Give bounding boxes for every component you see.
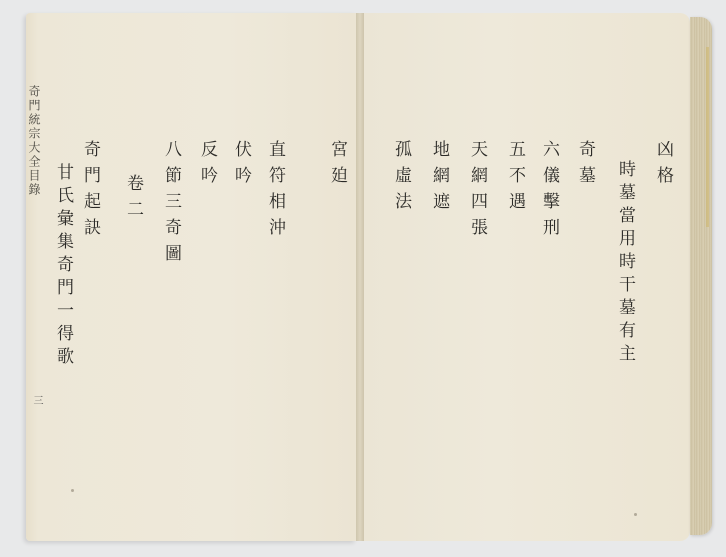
toc-entry: 時墓當用時干墓有主 — [616, 160, 633, 367]
open-book: 奇門統宗大全目錄 宮廹 直符相沖 伏吟 反吟 八節三奇圖 卷二 奇門起訣 甘氏彙… — [26, 13, 714, 541]
toc-entry: 甘氏彙集奇門一得歌 — [54, 163, 71, 370]
book-gutter — [356, 13, 364, 541]
toc-entry: 天網四張 — [468, 140, 485, 244]
right-page: 凶格 時墓當用時干墓有主 奇墓 六儀擊刑 五不遇 天網四張 地網遮 孤虛法 — [364, 13, 690, 541]
toc-entry: 八節三奇圖 — [162, 140, 179, 270]
margin-title: 奇門統宗大全目錄 — [28, 85, 40, 197]
toc-entry: 地網遮 — [430, 140, 447, 218]
toc-entry: 伏吟 — [232, 140, 249, 192]
toc-entry: 反吟 — [198, 140, 215, 192]
page-fore-edge — [690, 17, 712, 535]
toc-heading: 凶格 — [654, 140, 671, 192]
toc-entry: 奇門起訣 — [81, 140, 98, 244]
toc-entry: 宮廹 — [328, 140, 345, 192]
toc-entry: 五不遇 — [506, 140, 523, 218]
toc-entry: 六儀擊刑 — [540, 140, 557, 244]
toc-entry: 孤虛法 — [392, 140, 409, 218]
folio-number: 三 — [29, 395, 44, 405]
left-page: 奇門統宗大全目錄 宮廹 直符相沖 伏吟 反吟 八節三奇圖 卷二 奇門起訣 甘氏彙… — [26, 13, 356, 541]
toc-entry: 直符相沖 — [266, 140, 283, 244]
volume-heading: 卷二 — [124, 174, 141, 226]
toc-entry: 奇墓 — [576, 140, 593, 192]
ink-speck — [71, 489, 74, 492]
ink-speck — [634, 513, 637, 516]
